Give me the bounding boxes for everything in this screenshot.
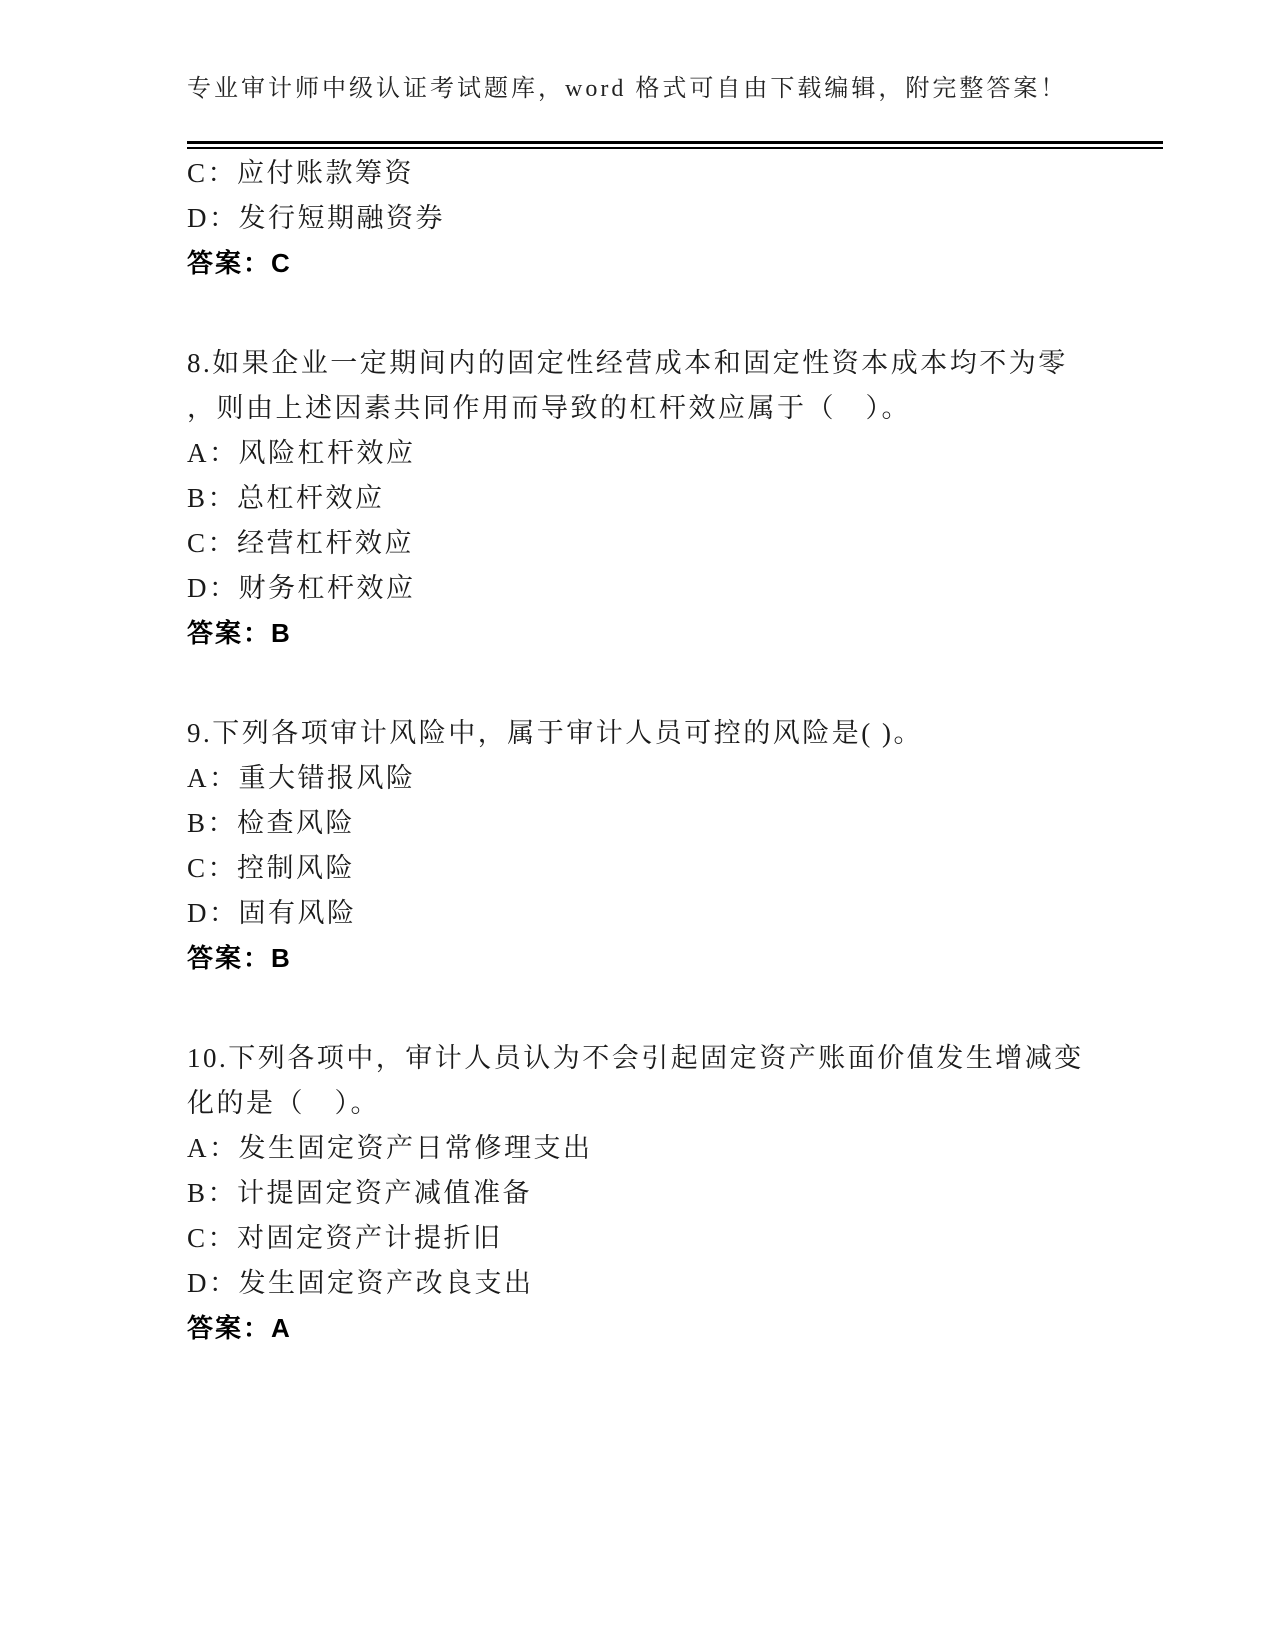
- paragraph-spacer: [187, 981, 1175, 1036]
- document-content: C：应付账款筹资D：发行短期融资券答案：C8.如果企业一定期间内的固定性经营成本…: [187, 151, 1175, 1351]
- page-header: 专业审计师中级认证考试题库，word 格式可自由下载编辑，附完整答案！: [0, 0, 1275, 149]
- paragraph-spacer: [187, 656, 1175, 711]
- option-line: A：重大错报风险: [187, 756, 1175, 801]
- paragraph-spacer: [187, 286, 1175, 341]
- answer-line: 答案：C: [187, 241, 1175, 286]
- question-text-line: 9.下列各项审计风险中，属于审计人员可控的风险是( )。: [187, 711, 1175, 756]
- option-line: A：发生固定资产日常修理支出: [187, 1126, 1175, 1171]
- question-text-line: 化的是（ ）。: [187, 1081, 1175, 1126]
- answer-line: 答案：B: [187, 611, 1175, 656]
- option-line: B：计提固定资产减值准备: [187, 1171, 1175, 1216]
- option-line: C：对固定资产计提折旧: [187, 1216, 1175, 1261]
- question-text-line: 10.下列各项中，审计人员认为不会引起固定资产账面价值发生增减变: [187, 1036, 1175, 1081]
- header-title: 专业审计师中级认证考试题库，word 格式可自由下载编辑，附完整答案！: [187, 0, 1163, 104]
- option-line: C：控制风险: [187, 846, 1175, 891]
- question-text-line: 8.如果企业一定期间内的固定性经营成本和固定性资本成本均不为零: [187, 341, 1175, 386]
- option-line: D：发生固定资产改良支出: [187, 1261, 1175, 1306]
- option-line: B：检查风险: [187, 801, 1175, 846]
- answer-line: 答案：B: [187, 936, 1175, 981]
- option-line: D：发行短期融资券: [187, 196, 1175, 241]
- question-text-line: ，则由上述因素共同作用而导致的杠杆效应属于（ ）。: [187, 386, 1175, 431]
- option-line: A：风险杠杆效应: [187, 431, 1175, 476]
- option-line: B：总杠杆效应: [187, 476, 1175, 521]
- option-line: C：经营杠杆效应: [187, 521, 1175, 566]
- option-line: D：财务杠杆效应: [187, 566, 1175, 611]
- header-double-rule: [187, 141, 1163, 149]
- option-line: C：应付账款筹资: [187, 151, 1175, 196]
- answer-line: 答案：A: [187, 1306, 1175, 1351]
- document-page: 专业审计师中级认证考试题库，word 格式可自由下载编辑，附完整答案！ C：应付…: [0, 0, 1275, 1650]
- option-line: D：固有风险: [187, 891, 1175, 936]
